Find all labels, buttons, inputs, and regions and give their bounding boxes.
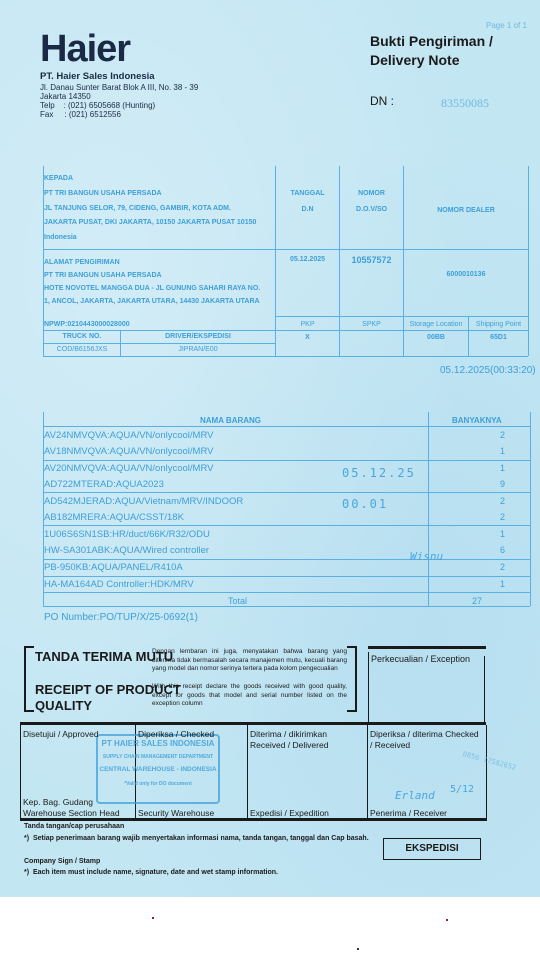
receipt-text-en: With this receipt declare the goods rece… bbox=[152, 683, 347, 709]
col-tanggal: TANGGAL bbox=[276, 190, 339, 197]
sig-delivered-top: Diterima / dikirimkan Received / Deliver… bbox=[250, 729, 360, 751]
grid-line bbox=[43, 525, 530, 526]
sig-approved-top: Disetujui / Approved bbox=[23, 729, 99, 740]
truck-number: COD/B6156JXS bbox=[44, 346, 120, 353]
item-row-qty: 6 bbox=[500, 545, 505, 555]
recipient-name: PT TRI BANGUN USAHA PERSADA bbox=[44, 190, 162, 197]
company-stamp: PT HAIER SALES INDONESIA SUPPLY CHAIN MA… bbox=[96, 734, 220, 804]
grid-line bbox=[528, 166, 529, 356]
sig-approved-bottom-1: Kep. Bag. Gudang bbox=[23, 797, 93, 808]
item-row-name: AD542MJERAD:AQUA/Vietnam/MRV/INDOOR bbox=[44, 496, 243, 507]
item-row-qty: 1 bbox=[500, 446, 505, 456]
speck bbox=[446, 919, 448, 921]
item-row-name: HA-MA164AD Controller:HDK/MRV bbox=[44, 579, 194, 590]
handwritten-date: 05.12.25 bbox=[342, 466, 416, 480]
grid-line bbox=[43, 559, 530, 560]
receipt-title-en-2: QUALITY bbox=[35, 698, 92, 713]
item-row-name: AB182MRERA:AQUA/CSST/18K bbox=[44, 512, 184, 523]
total-label: Total bbox=[228, 596, 247, 606]
sig-rule bbox=[20, 725, 21, 820]
driver-label: DRIVER/EKSPEDISI bbox=[121, 333, 275, 340]
item-row-qty: 1 bbox=[500, 463, 505, 473]
handwritten-time: 00.01 bbox=[342, 497, 388, 511]
item-row-qty: 1 bbox=[500, 529, 505, 539]
recipient-address-2: JAKARTA PUSAT, DKI JAKARTA, 10150 JAKART… bbox=[44, 219, 256, 226]
shipping-point-value: 65D1 bbox=[469, 334, 528, 341]
col-storage-location: Storage Location bbox=[404, 321, 468, 328]
dn-date: 05.12.2025 bbox=[276, 256, 339, 263]
sig-rule bbox=[247, 725, 248, 820]
handwritten-signature-name: Wisnu bbox=[410, 550, 443, 563]
stamp-line-3: CENTRAL WAREHOUSE - INDONESIA bbox=[98, 762, 218, 778]
item-row-qty: 2 bbox=[500, 496, 505, 506]
recipient-address-1: JL TANJUNG SELOR, 79, CIDENG, GAMBIR, KO… bbox=[44, 205, 231, 212]
speck bbox=[357, 948, 359, 950]
sig-rule bbox=[486, 725, 487, 820]
stamp-line-4: *Valid only for DO document bbox=[98, 778, 218, 790]
item-row-name: PB-950KB:AQUA/PANEL/R410A bbox=[44, 562, 183, 573]
handwritten-receiver-name: Erland bbox=[395, 789, 435, 802]
grid-line bbox=[43, 492, 530, 493]
footer-note-1-text: *) Setiap penerimaan barang wajib menyer… bbox=[24, 835, 369, 842]
exception-left-rule bbox=[368, 652, 369, 722]
footer-note-2-text: *) Each item must include name, signatur… bbox=[24, 869, 278, 876]
item-row-qty: 9 bbox=[500, 479, 505, 489]
company-address: Jl. Danau Sunter Barat Blok A III, No. 3… bbox=[40, 83, 198, 92]
pkp-value: X bbox=[276, 334, 339, 341]
item-row-qty: 2 bbox=[500, 562, 505, 572]
title-id: Bukti Pengiriman / bbox=[370, 32, 493, 51]
grid-line bbox=[275, 316, 528, 317]
print-timestamp: 05.12.2025(00:33:20) bbox=[440, 365, 536, 376]
section-divider bbox=[20, 722, 486, 725]
speck bbox=[152, 917, 154, 919]
grid-line bbox=[43, 576, 530, 577]
item-row-name: AV24NMVQVA:AQUA/VN/onlycool/MRV bbox=[44, 430, 213, 441]
shipping-address-2: 1, ANCOL, JAKARTA, JAKARTA UTARA, 14430 … bbox=[44, 298, 260, 305]
dn-label: DN : bbox=[370, 94, 394, 108]
kepada-label: KEPADA bbox=[44, 175, 73, 182]
exception-top-rule bbox=[368, 646, 486, 649]
shipping-address-1: HOTE NOVOTEL MANGGA DUA - JL GUNUNG SAHA… bbox=[44, 285, 260, 292]
truck-label: TRUCK NO. bbox=[44, 333, 120, 340]
item-row-qty: 2 bbox=[500, 430, 505, 440]
col-item-name: NAMA BARANG bbox=[200, 416, 261, 425]
grid-line bbox=[43, 249, 528, 250]
dealer-number: 6000010136 bbox=[404, 271, 528, 278]
company-name: PT. Haier Sales Indonesia bbox=[40, 71, 155, 82]
shipping-name: PT TRI BANGUN USAHA PERSADA bbox=[44, 272, 162, 279]
sig-received-top: Diperiksa / diterima Checked / Received bbox=[370, 729, 480, 751]
footer-note-1-title: Tanda tangan/cap perusahaan bbox=[24, 823, 124, 830]
page-indicator: Page 1 of 1 bbox=[486, 21, 527, 30]
grid-line bbox=[43, 330, 528, 331]
item-row-qty: 2 bbox=[500, 512, 505, 522]
exception-right-rule bbox=[484, 656, 485, 722]
col-tanggal-sub: D.N bbox=[276, 206, 339, 213]
col-spkp: SPKP bbox=[340, 321, 403, 328]
item-row-name: AV20NMVQVA:AQUA/VN/onlycool/MRV bbox=[44, 463, 213, 474]
grid-line bbox=[43, 356, 528, 357]
sig-checked-top: Diperiksa / Checked bbox=[138, 729, 214, 740]
item-row-qty: 1 bbox=[500, 579, 505, 589]
footer-note-2-title: Company Sign / Stamp bbox=[24, 858, 100, 865]
grid-line bbox=[43, 460, 530, 461]
company-fax: Fax : (021) 6512556 bbox=[40, 110, 121, 119]
bracket-right bbox=[347, 646, 357, 712]
grid-line bbox=[43, 592, 530, 593]
npwp: NPWP:0210443000028000 bbox=[44, 321, 130, 328]
company-city: Jakarta 14350 bbox=[40, 92, 91, 101]
document-title: Bukti Pengiriman / Delivery Note bbox=[370, 32, 493, 70]
grid-line bbox=[43, 426, 530, 427]
sig-checked-bottom: Security Warehouse bbox=[138, 808, 214, 819]
title-en: Delivery Note bbox=[370, 51, 493, 70]
sig-rule bbox=[367, 725, 368, 820]
grid-line bbox=[43, 606, 530, 607]
col-dealer: NOMOR DEALER bbox=[404, 207, 528, 214]
col-quantity: BANYAKNYA bbox=[452, 416, 502, 425]
stamp-line-2: SUPPLY CHAIN MANAGEMENT DEPARTMENT bbox=[98, 752, 218, 762]
do-number: 10557572 bbox=[340, 255, 403, 265]
storage-location-value: 00BB bbox=[404, 334, 468, 341]
item-row-name: 1U06S6SN1SB:HR/duct/66K/R32/ODU bbox=[44, 529, 210, 540]
item-row-name: AV18NMVQVA:AQUA/VN/onlycool/MRV bbox=[44, 446, 213, 457]
company-phone: Telp : (021) 6505668 (Hunting) bbox=[40, 101, 155, 110]
po-number: PO Number:PO/TUP/X/25-0692(1) bbox=[44, 612, 198, 623]
col-pkp: PKP bbox=[276, 321, 339, 328]
col-nomor-sub: D.O.V/SO bbox=[340, 206, 403, 213]
col-nomor: NOMOR bbox=[340, 190, 403, 197]
grid-line bbox=[530, 412, 531, 606]
receipt-text-id: Dengan lembaran ini juga, menyatakan bah… bbox=[152, 648, 347, 674]
exception-label: Perkecualian / Exception bbox=[371, 654, 471, 665]
bracket-left bbox=[24, 646, 34, 712]
dn-number: 83550085 bbox=[441, 96, 489, 111]
copy-label: EKSPEDISI bbox=[383, 838, 481, 860]
recipient-country: Indonesia bbox=[44, 234, 77, 241]
sig-received-bottom: Penerima / Receiver bbox=[370, 808, 447, 819]
grid-line bbox=[43, 343, 275, 344]
sig-approved-bottom-2: Warehouse Section Head bbox=[23, 808, 120, 819]
handwritten-receiver-date: 5/12 bbox=[450, 784, 474, 795]
total-value: 27 bbox=[472, 596, 482, 606]
haier-logo: Haier bbox=[40, 28, 130, 71]
col-shipping-point: Shipping Point bbox=[469, 321, 528, 328]
shipping-label: ALAMAT PENGIRIMAN bbox=[44, 259, 120, 266]
driver-name: JIPRAN/E00 bbox=[121, 346, 275, 353]
item-row-name: HW-SA301ABK:AQUA/Wired controller bbox=[44, 545, 209, 556]
sig-delivered-bottom: Expedisi / Expedition bbox=[250, 808, 329, 819]
item-row-name: AD722MTERAD:AQUA2023 bbox=[44, 479, 164, 490]
